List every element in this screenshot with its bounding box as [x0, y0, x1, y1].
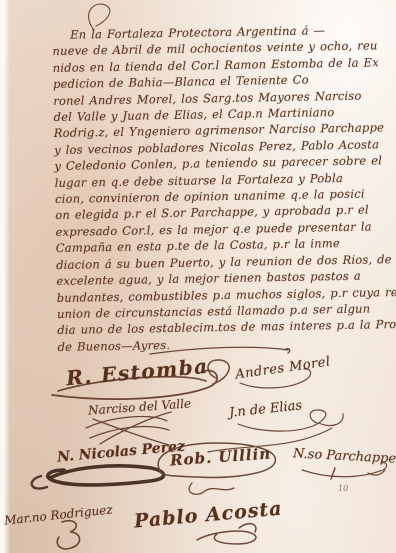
page-number-annotation: 10	[338, 484, 348, 493]
oval-signature-underloops	[189, 483, 234, 494]
signature-rodriguez: Mar.no Rodriguez	[4, 502, 114, 527]
rodriguez-flourish	[57, 521, 79, 549]
signature-acosta: Pablo Acosta	[133, 498, 283, 533]
signature-parchappe: N.so Parchappe	[293, 446, 396, 466]
manuscript-page: En la Fortaleza Protectora Argentina á —…	[0, 0, 396, 553]
signature-perez: N. Nicolas Perez	[57, 438, 186, 465]
signature-del-valle: Narciso del Valle	[88, 396, 192, 417]
acosta-flourish	[197, 524, 256, 544]
perez-flourish	[48, 466, 164, 485]
elias-flourish	[208, 410, 343, 452]
estomba-loop	[208, 360, 229, 384]
signature-morel: Andres Morel	[234, 354, 331, 382]
signature-estomba: R. Estomba	[65, 354, 209, 390]
manuscript-text: En la Fortaleza Protectora Argentina á —…	[52, 21, 388, 355]
perez-flourish-hook	[32, 476, 47, 489]
signature-elias: J.n de Elias	[228, 398, 302, 421]
parchappe-tick	[331, 468, 335, 479]
